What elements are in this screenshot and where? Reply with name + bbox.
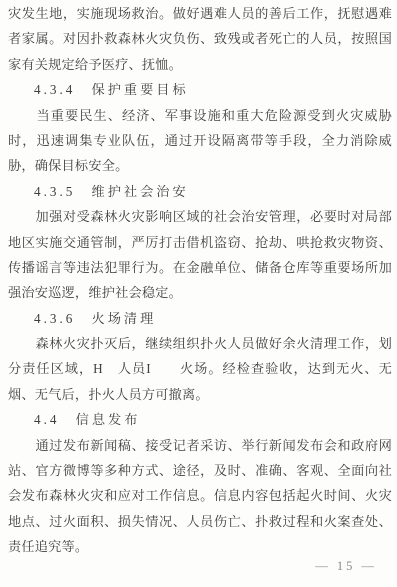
scanned-document-page: 灾发生地，实施现场救治。做好遇难人员的善后工作，抚慰遇难者家属。对因扑救森林火灾… — [0, 0, 397, 587]
section-heading: 4.3.4 保护重要目标 — [8, 77, 392, 102]
body-text-line: 传播谣言等违法犯罪行为。在金融单位、储备仓库等重要场所加 — [8, 255, 392, 280]
body-text-line: 当重要民生、经济、军事设施和重大危险源受到火灾威胁 — [8, 103, 392, 128]
body-text-line: 灾发生地，实施现场救治。做好遇难人员的善后工作，抚慰遇难 — [8, 1, 392, 26]
section-heading: 4.4 信息发布 — [8, 407, 392, 432]
body-text-line: 站、官方微博等多种方式、途径，及时、准确、客观、全面向社 — [8, 458, 392, 483]
section-heading: 4.3.5 维护社会治安 — [8, 179, 392, 204]
body-text-line: 地点、过火面积、损失情况、人员伤亡、扑救过程和火案查处、 — [8, 509, 392, 534]
page-number: — 15 — — [315, 556, 377, 576]
body-text-line: 通过发布新闻稿、接受记者采访、举行新闻发布会和政府网 — [8, 433, 392, 458]
section-heading: 4.3.6 火场清理 — [8, 306, 392, 331]
body-text-line: 家有关规定给予医疗、抚恤。 — [8, 52, 392, 77]
body-text-line: 烟、无气后，扑火人员方可撤离。 — [8, 382, 392, 407]
body-text-line: 加强对受森林火灾影响区域的社会治安管理，必要时对局部 — [8, 204, 392, 229]
body-text-line: 强治安巡逻，维护社会稳定。 — [8, 280, 392, 305]
body-text-line: 分责任区域，H 人员I 火场。经检查验收，达到无火、无 — [8, 356, 392, 381]
body-text-line: 会发布森林火灾和应对工作信息。信息内容包括起火时间、火灾 — [8, 483, 392, 508]
body-text-line: 森林火灾扑灭后，继续组织扑火人员做好余火清理工作，划 — [8, 331, 392, 356]
body-text-line: 胁，确保目标安全。 — [8, 153, 392, 178]
body-text-line: 者家属。对因扑救森林火灾负伤、致残或者死亡的人员，按照国 — [8, 26, 392, 51]
body-text-line: 时，迅速调集专业队伍，通过开设隔离带等手段，全力消除威 — [8, 128, 392, 153]
body-text-line: 地区实施交通管制，严厉打击借机盗窃、抢劫、哄抢救灾物资、 — [8, 230, 392, 255]
document-body: 灾发生地，实施现场救治。做好遇难人员的善后工作，抚慰遇难者家属。对因扑救森林火灾… — [8, 1, 392, 560]
